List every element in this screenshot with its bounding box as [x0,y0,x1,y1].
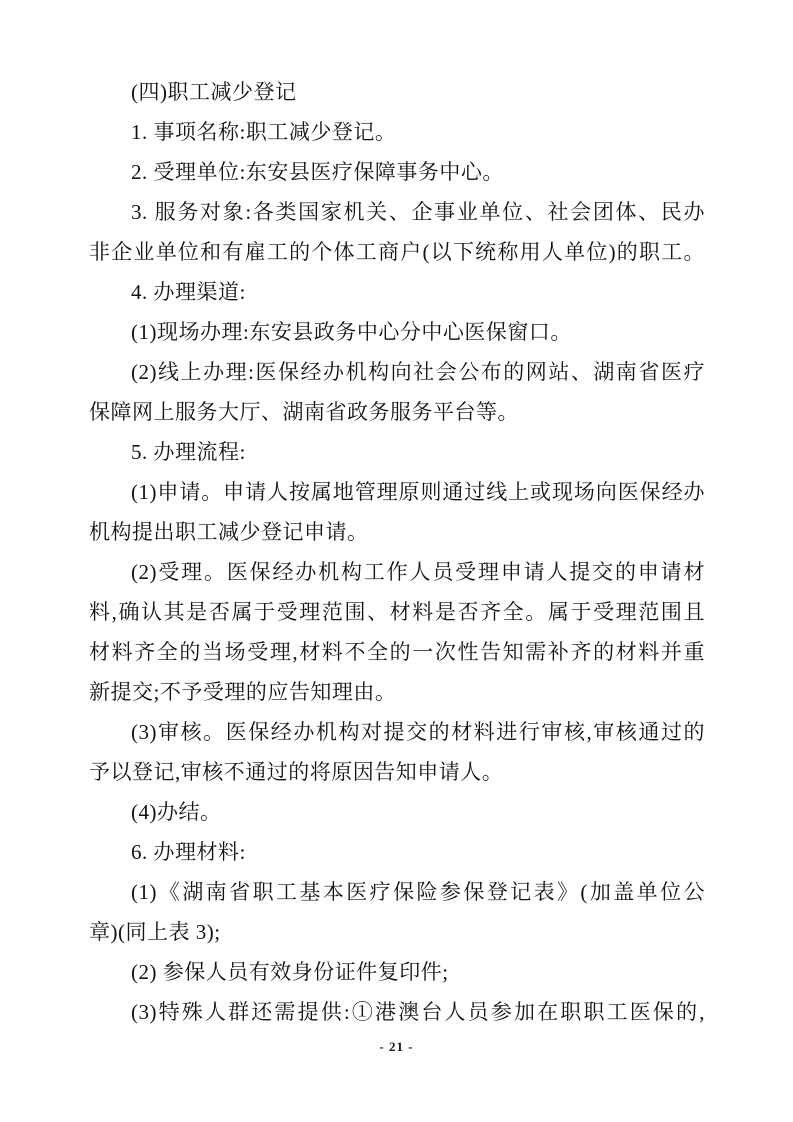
text-line: (2) 参保人员有效身份证件复印件; [89,952,705,992]
text-line: 保障网上服务大厅、湖南省政务服务平台等。 [89,392,705,432]
text-line: 材料齐全的当场受理,材料不全的一次性告知需补齐的材料并重 [89,632,705,672]
text-line: (1)《湖南省职工基本医疗保险参保登记表》(加盖单位公 [89,872,705,912]
text-line: 机构提出职工减少登记申请。 [89,512,705,552]
text-line: (1)现场办理:东安县政务中心分中心医保窗口。 [89,312,705,352]
page-number: - 21 - [379,1038,413,1056]
text-line: 予以登记,审核不通过的将原因告知申请人。 [89,752,705,792]
text-line: 非企业单位和有雇工的个体工商户(以下统称用人单位)的职工。 [89,232,705,272]
text-line: 6. 办理材料: [89,832,705,872]
document-body: (四)职工减少登记1. 事项名称:职工减少登记。2. 受理单位:东安县医疗保障事… [89,72,705,1032]
text-line: 新提交;不予受理的应告知理由。 [89,672,705,712]
text-line: 1. 事项名称:职工减少登记。 [89,112,705,152]
text-line: 4. 办理渠道: [89,272,705,312]
page-footer: - 21 - [0,1038,793,1056]
text-line: 3. 服务对象:各类国家机关、企事业单位、社会团体、民办 [89,192,705,232]
text-line: (2)受理。医保经办机构工作人员受理申请人提交的申请材 [89,552,705,592]
text-line: 2. 受理单位:东安县医疗保障事务中心。 [89,152,705,192]
text-line: 料,确认其是否属于受理范围、材料是否齐全。属于受理范围且 [89,592,705,632]
text-line: 章)(同上表 3); [89,912,705,952]
text-line: (3)特殊人群还需提供:①港澳台人员参加在职职工医保的, [89,992,705,1032]
text-line: (3)审核。医保经办机构对提交的材料进行审核,审核通过的 [89,712,705,752]
text-line: (4)办结。 [89,792,705,832]
document-page: (四)职工减少登记1. 事项名称:职工减少登记。2. 受理单位:东安县医疗保障事… [0,0,793,1122]
text-line: (四)职工减少登记 [89,72,705,112]
text-line: (2)线上办理:医保经办机构向社会公布的网站、湖南省医疗 [89,352,705,392]
text-line: 5. 办理流程: [89,432,705,472]
text-line: (1)申请。申请人按属地管理原则通过线上或现场向医保经办 [89,472,705,512]
